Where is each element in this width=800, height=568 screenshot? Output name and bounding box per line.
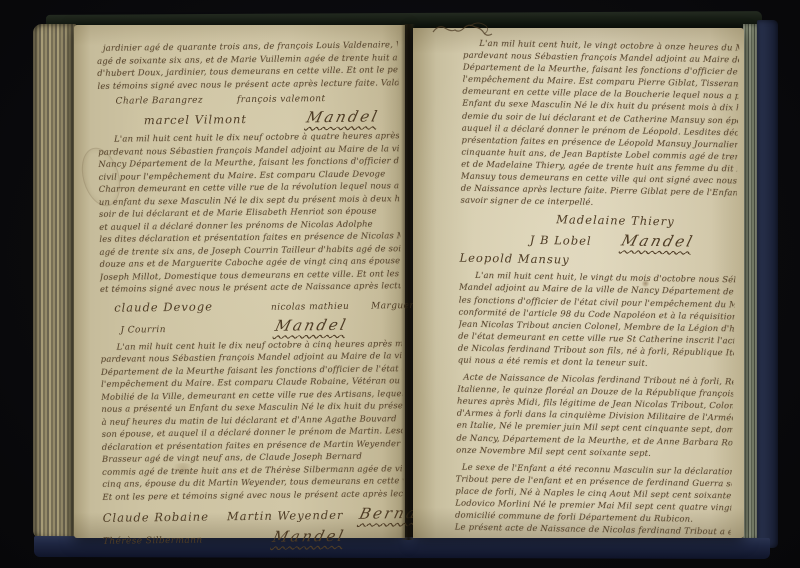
manuscript-block-act-robaine: L'an mil huit cent huit le dix neuf octo… bbox=[101, 337, 404, 503]
signature-row: Thérèse Silbermann Mandel bbox=[103, 526, 404, 548]
right-page-text: L'an mil huit cent huit, le vingt octobr… bbox=[455, 37, 740, 543]
signature-charle-barangrez: Charle Barangrez bbox=[116, 96, 204, 107]
right-page: L'an mil huit cent huit, le vingt octobr… bbox=[413, 28, 744, 538]
signature-nicolas-mathieu: nicolas mathieu bbox=[271, 301, 349, 312]
manuscript-block-acte-naissance-tribout: Acte de Naissance de Nicolas ferdinand T… bbox=[456, 371, 733, 460]
page-edges-left bbox=[33, 24, 76, 539]
signature-mandel: Mandel bbox=[619, 232, 696, 251]
register-scan: jardinier agé de quarante trois ans, de … bbox=[0, 0, 800, 568]
signature-mandel: Mandel bbox=[305, 107, 382, 126]
signature-row: marcel Vilmont Mandel bbox=[98, 107, 399, 129]
signature-claude-robaine: Claude Robaine bbox=[103, 510, 209, 525]
signature-mandel: Mandel bbox=[274, 315, 351, 334]
signature-row: J Courrin Mandel bbox=[100, 315, 401, 337]
signature-row: Madelaine Thiery bbox=[460, 211, 736, 230]
signature-row: claude Devoge nicolas mathieu Marguerite… bbox=[100, 297, 401, 315]
signature-mandel: Mandel bbox=[270, 527, 347, 546]
signature-row: Leopold Mansuy bbox=[459, 251, 735, 270]
signature-francois-valemont: françois valemont bbox=[237, 94, 326, 105]
signature-row: Claude Robaine Martin Weyender Bernard bbox=[103, 504, 404, 526]
left-page: jardinier agé de quarante trois ans, de … bbox=[74, 25, 405, 538]
manuscript-block-prev-act-end: jardinier agé de quarante trois ans, de … bbox=[97, 38, 399, 92]
signature-therese-silbermann: Thérèse Silbermann bbox=[103, 536, 203, 547]
margin-annotation-flourish bbox=[430, 16, 494, 44]
signature-marcel-vilmont: marcel Vilmont bbox=[144, 112, 247, 127]
signature-jb-lobel: J B Lobel bbox=[530, 233, 592, 248]
signature-martin-weyender: Martin Weyender bbox=[227, 508, 344, 523]
left-page-text: jardinier agé de quarante trois ans, de … bbox=[97, 38, 404, 552]
signature-claude-devoge: claude Devoge bbox=[114, 299, 213, 314]
manuscript-block-tribout-witnesses: Le sexe de l'Enfant a été reconnu Mascul… bbox=[455, 460, 732, 537]
signature-row: Charle Barangrez françois valemont bbox=[98, 93, 399, 107]
signature-j-courrin: J Courrin bbox=[120, 325, 166, 336]
signature-row: J B Lobel Mandel bbox=[460, 229, 736, 252]
signature-madelaine-thiery: Madelaine Thiery bbox=[556, 213, 675, 229]
book-cover-right bbox=[757, 20, 778, 548]
manuscript-block-act-giblat: L'an mil huit cent huit, le vingt octobr… bbox=[460, 37, 739, 211]
signature-leopold-mansuy: Leopold Mansuy bbox=[459, 251, 569, 267]
manuscript-line: et témoins signé avec nous le présent ac… bbox=[100, 279, 401, 295]
manuscript-block-act-tribout-inscription: L'an mil huit cent huit, le vingt du moi… bbox=[458, 269, 736, 371]
manuscript-block-act-devoge: L'an mil huit cent huit le dix neuf octo… bbox=[98, 129, 401, 295]
